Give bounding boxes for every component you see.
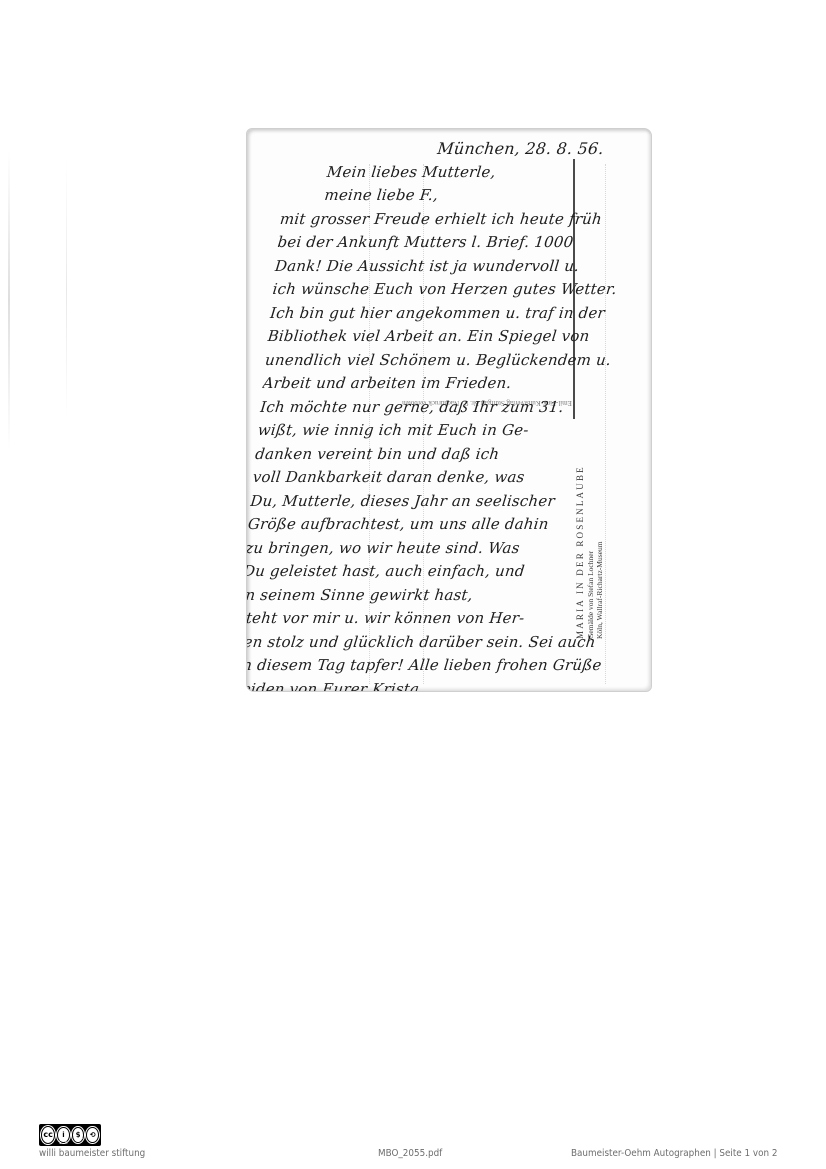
handwritten-letter: München, 28. 8. 56. Mein liebes Mutterle…: [246, 137, 652, 692]
letter-line: Ich bin gut hier angekommen u. traf in d…: [269, 302, 652, 326]
letter-line: Arbeit und arbeiten im Frieden.: [261, 372, 652, 396]
page-footer: cc i $ ⟲ BY NC SA willi baumeister stift…: [0, 1120, 826, 1169]
letter-greeting: meine liebe F.,: [281, 184, 652, 208]
letter-line: ich wünsche Euch von Herzen gutes Wetter…: [271, 278, 652, 302]
letter-line: Du geleistet hast, auch einfach, und: [246, 560, 634, 584]
postcard-scan: Emil-Fink-Kunstverlag Stuttgart Nr. 9 · …: [246, 128, 652, 692]
letter-line: steht vor mir u. wir können von Her-: [246, 607, 629, 631]
letter-line: Du, Mutterle, dieses Jahr an seelischer: [249, 490, 641, 514]
license-strip: BY NC SA: [59, 1135, 101, 1145]
footer-page-info: Baumeister-Oehm Autographen | Seite 1 vo…: [571, 1148, 777, 1159]
letter-line: Dank! Die Aussicht ist ja wundervoll u.: [274, 255, 652, 279]
letter-line: voll Dankbarkeit daran denke, was: [252, 466, 644, 490]
letter-line: an diesem Tag tapfer! Alle lieben frohen…: [246, 654, 624, 678]
letter-line: mit grosser Freude erhielt ich heute frü…: [279, 208, 652, 232]
letter-line: Größe aufbrachtest, um uns alle dahin: [247, 513, 639, 537]
letter-date: München, 28. 8. 56.: [286, 137, 652, 161]
letter-line: bei der Ankunft Mutters l. Brief. 1000: [276, 231, 652, 255]
letter-line: zen stolz und glücklich darüber sein. Se…: [246, 631, 627, 655]
letter-line: danken vereint bin und daß ich: [254, 443, 646, 467]
letter-greeting: Mein liebes Mutterle,: [284, 161, 652, 185]
footer-organization: willi baumeister stiftung: [39, 1148, 145, 1159]
letter-line: wißt, wie innig ich mit Euch in Ge-: [257, 419, 649, 443]
letter-line: Ich möchte nur gerne, daß Ihr zum 31.: [259, 396, 651, 420]
scan-margin-mark: [8, 150, 10, 450]
letter-line: Bibliothek viel Arbeit an. Ein Spiegel v…: [266, 325, 652, 349]
letter-line: unendlich viel Schönem u. Beglückendem u…: [264, 349, 652, 373]
footer-filename: MBO_2055.pdf: [378, 1148, 442, 1159]
letter-signature: Beiden von Eurer Krista.: [246, 678, 622, 693]
letter-line: in seinem Sinne gewirkt hast,: [246, 584, 632, 608]
cc-by-nc-sa-icon[interactable]: cc i $ ⟲ BY NC SA: [39, 1124, 101, 1146]
scan-margin-mark: [66, 160, 67, 420]
cc-icon: cc: [41, 1126, 55, 1144]
letter-line: zu bringen, wo wir heute sind. Was: [246, 537, 637, 561]
